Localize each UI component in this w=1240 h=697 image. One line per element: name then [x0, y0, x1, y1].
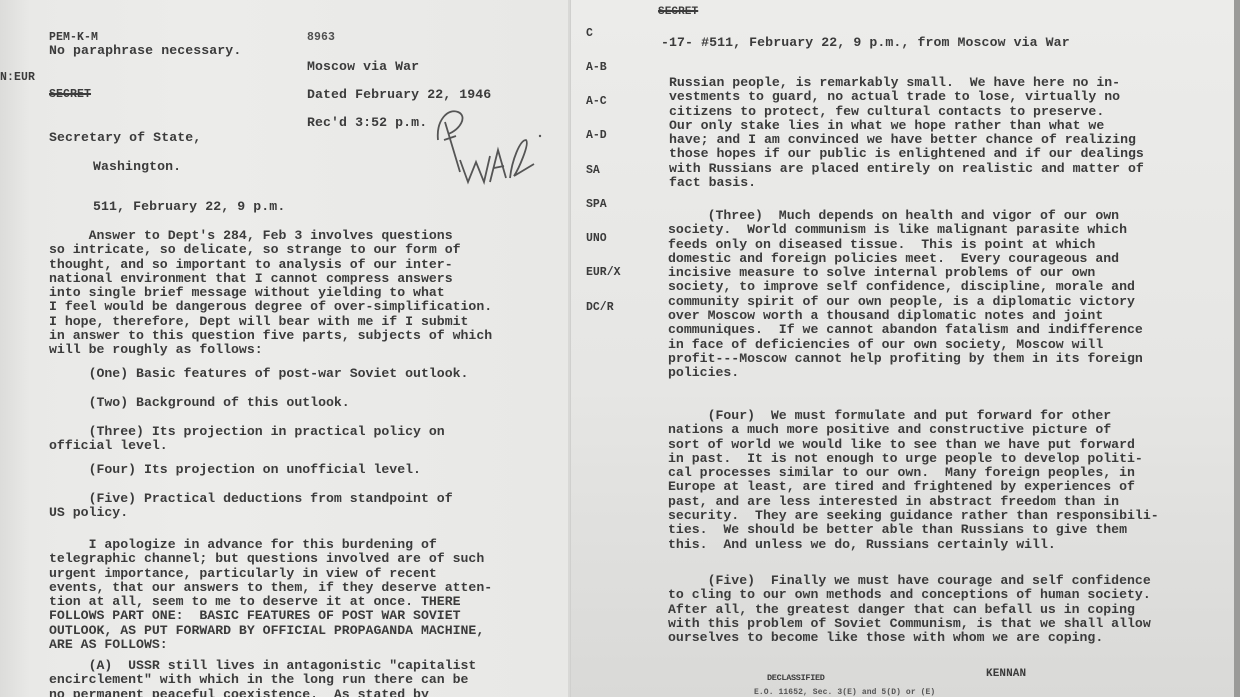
telegram-page-1: PEM-K-M No paraphrase necessary. N:EUR S…	[0, 0, 568, 697]
section-three-paragraph: (Three) Much depends on health and vigor…	[668, 209, 1143, 381]
signature: KENNAN	[986, 667, 1026, 681]
distribution-list: C A-B A-C A-D SA SPA UNO EUR/X DC/R	[586, 5, 621, 336]
section-four-paragraph: (Four) We must formulate and put forward…	[668, 409, 1159, 552]
part-two: (Two) Background of this outlook.	[49, 396, 350, 410]
addressee: Secretary of State,	[49, 131, 201, 145]
message-number: 8963	[307, 31, 335, 45]
distribution-code: DC/R	[586, 302, 621, 313]
distribution-code: UNO	[586, 233, 621, 244]
declassification-authority: E.O. 11652, Sec. 3(E) and 5(D) or (E)	[754, 686, 935, 697]
telegram-reference: 511, February 22, 9 p.m.	[93, 200, 285, 214]
part-four: (Four) Its projection on unofficial leve…	[49, 463, 421, 477]
distribution-code: A-B	[586, 62, 621, 73]
intro-paragraph: Answer to Dept's 284, Feb 3 involves que…	[49, 229, 492, 358]
part-three: (Three) Its projection in practical poli…	[49, 425, 445, 454]
continuation-paragraph: Russian people, is remarkably small. We …	[669, 76, 1144, 190]
margin-code: N:EUR	[0, 71, 35, 85]
section-five-paragraph: (Five) Finally we must have courage and …	[668, 574, 1151, 645]
paraphrase-note: No paraphrase necessary.	[49, 44, 241, 58]
distribution-code: EUR/X	[586, 267, 621, 278]
part-five: (Five) Practical deductions from standpo…	[49, 492, 453, 521]
declassified-stamp: DECLASSIFIED	[767, 671, 825, 685]
distribution-code: C	[586, 28, 621, 39]
handwritten-initials	[430, 100, 550, 190]
distribution-code: A-C	[586, 96, 621, 107]
received-time: Rec'd 3:52 p.m.	[307, 116, 427, 130]
point-a-paragraph: (A) USSR still lives in antagonistic "ca…	[49, 659, 476, 697]
distribution-code: SPA	[586, 199, 621, 210]
page-edge	[1234, 0, 1240, 697]
apology-paragraph: I apologize in advance for this burdenin…	[49, 538, 492, 652]
distribution-code: A-D	[586, 130, 621, 141]
distribution-code: SA	[586, 165, 621, 176]
classification-stamp: SECRET	[658, 5, 698, 19]
addressee-city: Washington.	[93, 160, 181, 174]
part-one: (One) Basic features of post-war Soviet …	[49, 367, 468, 381]
origin: Moscow via War	[307, 60, 419, 74]
classification-stamp: SECRET	[49, 88, 91, 102]
page-header: -17- #511, February 22, 9 p.m., from Mos…	[661, 36, 1070, 50]
telegram-page-17: C A-B A-C A-D SA SPA UNO EUR/X DC/R SECR…	[570, 0, 1235, 697]
